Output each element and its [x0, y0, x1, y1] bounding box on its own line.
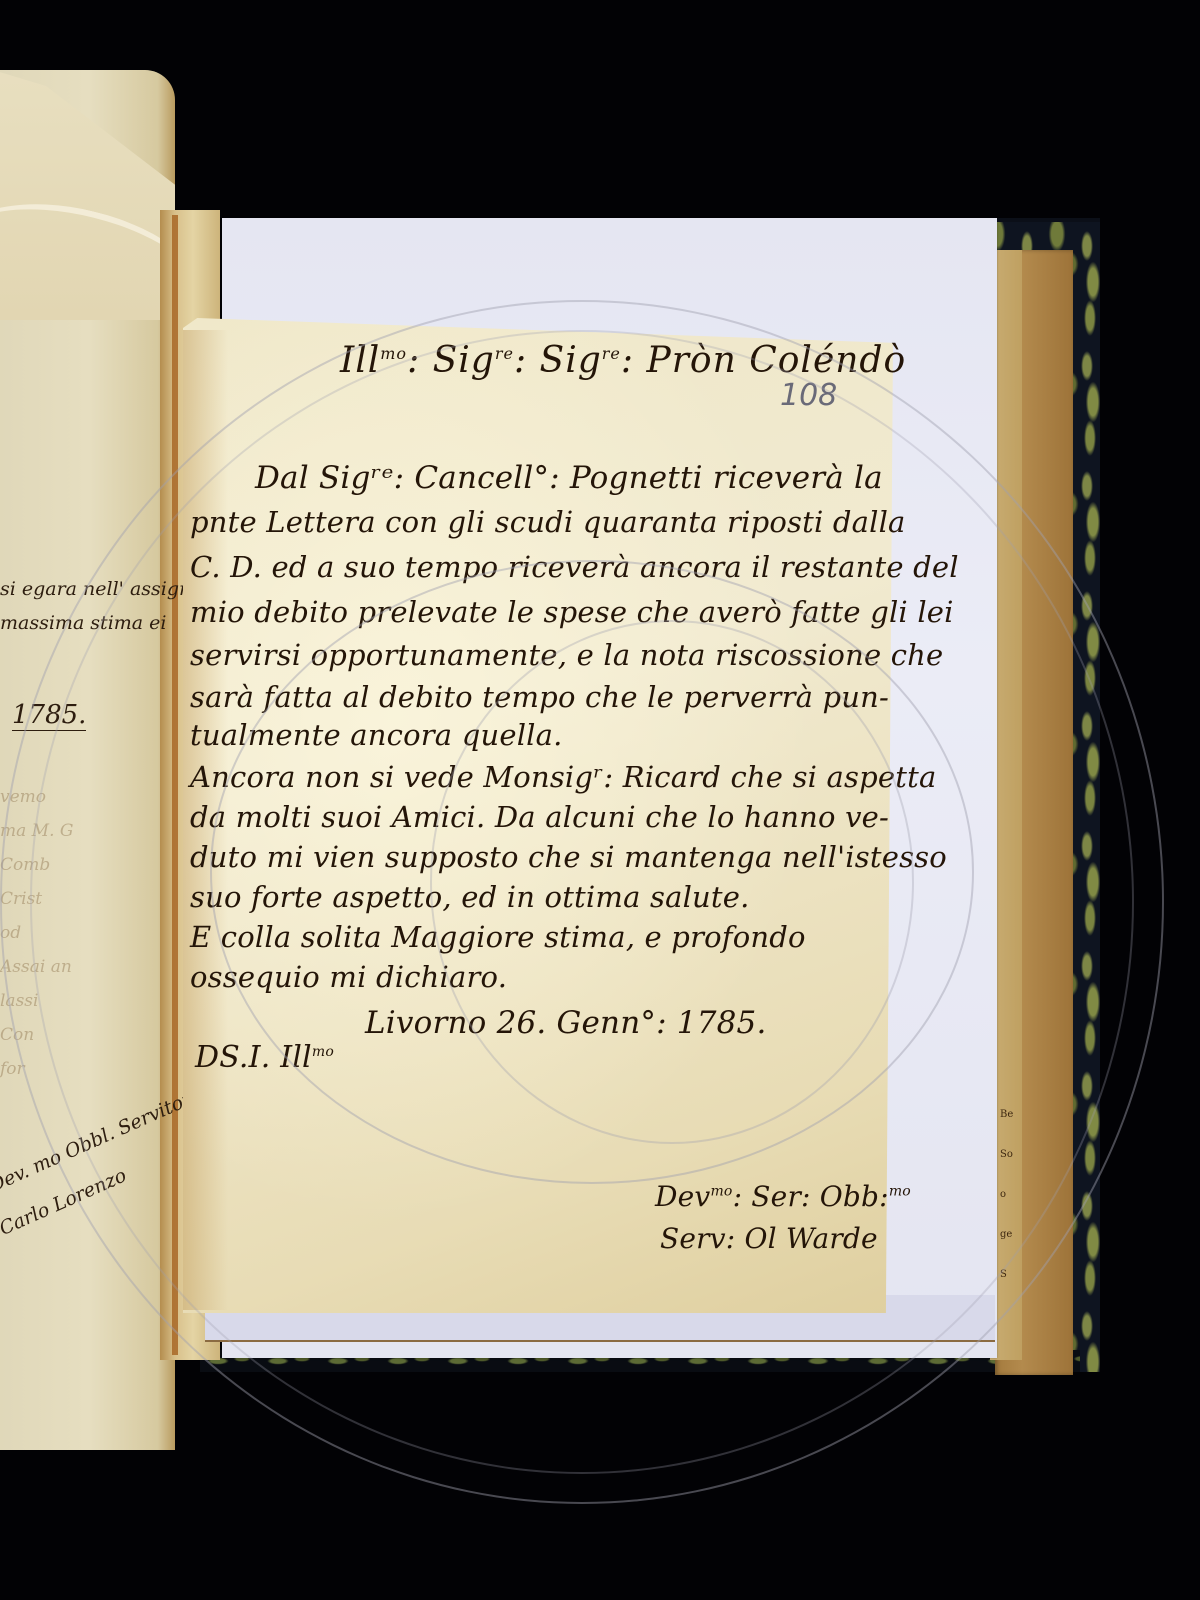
facing-page-year-text: 1785. — [12, 700, 86, 731]
margin-mark: ge — [1000, 1215, 1020, 1255]
faint-line: Assai an — [0, 950, 160, 984]
letter-body-line: duto mi vien supposto che si mantenga ne… — [190, 840, 947, 874]
margin-mark: o — [1000, 1175, 1020, 1215]
letter-body-line: E colla solita Maggiore stima, e profond… — [190, 920, 806, 954]
letter-body-line: mio debito prelevate le spese che averò … — [190, 595, 954, 629]
signature-ser-obb: : Ser: Obb: — [733, 1180, 889, 1213]
faint-line: for — [0, 1052, 160, 1086]
faint-line: Con — [0, 1018, 160, 1052]
faint-line: Crist — [0, 882, 160, 916]
salutation-superscript: re — [602, 344, 621, 363]
photo-scene: Be So o ge S si egara nell' assignare ma… — [0, 0, 1200, 1600]
letter-body-line: C. D. ed a suo tempo riceverà ancora il … — [190, 550, 959, 584]
letter-closing: DS.I. Illmo — [195, 1040, 334, 1075]
salutation-tail: : Pròn Coléndò — [621, 340, 906, 381]
kraft-margin-marks: Be So o ge S — [1000, 1095, 1020, 1295]
gutter-stub-edge — [172, 215, 178, 1355]
margin-mark: S — [1000, 1255, 1020, 1295]
salutation-superscript: mo — [380, 344, 407, 363]
faint-line: lassi — [0, 984, 160, 1018]
margin-mark: So — [1000, 1135, 1020, 1175]
margin-mark: Be — [1000, 1095, 1020, 1135]
signature-line-1: Devmo: Ser: Obb:mo — [655, 1180, 911, 1213]
letter-place-date: Livorno 26. Genn°: 1785. — [365, 1005, 767, 1041]
faint-line: od — [0, 916, 160, 950]
letter-salutation: Illmo: Sigre: Sigre: Pròn Coléndò — [340, 340, 906, 381]
signature-line-2: Serv: Ol Warde — [660, 1222, 878, 1255]
folio-number: 108 — [780, 378, 837, 413]
salutation-sig: : Sig — [514, 340, 602, 381]
letter-body-line: tualmente ancora quella. — [190, 718, 563, 752]
letter-body-line: servirsi opportunamente, e la nota risco… — [190, 638, 943, 672]
signature-superscript: mo — [889, 1184, 911, 1200]
letter-body-line: Dal Sigʳᵉ: Cancell°: Pognetti riceverà l… — [255, 460, 883, 496]
facing-page-line: massima stima ei — [0, 612, 166, 634]
facing-page-year: 1785. — [12, 700, 86, 730]
faint-line: Comb — [0, 848, 160, 882]
salutation-superscript: re — [495, 344, 514, 363]
faint-line: vemo — [0, 780, 160, 814]
letter-body-line: da molti suoi Amici. Da alcuni che lo ha… — [190, 800, 889, 834]
salutation-prefix: Ill — [340, 340, 380, 381]
facing-page-show-through: vemo ma M. G Comb Crist od Assai an lass… — [0, 780, 160, 1086]
letter-body-line: sarà fatta al debito tempo che le perver… — [190, 680, 889, 714]
letter-body-line: pnte Lettera con gli scudi quaranta ripo… — [190, 505, 906, 539]
letter-body-line: ossequio mi dichiaro. — [190, 960, 507, 994]
signature-dev: Dev — [655, 1180, 710, 1213]
closing-text: DS.I. Ill — [195, 1040, 312, 1075]
faint-line: ma M. G — [0, 814, 160, 848]
salutation-sig: : Sig — [407, 340, 495, 381]
letter-body-line: Ancora non si vede Monsigʳ: Ricard che s… — [190, 760, 936, 794]
signature-superscript: mo — [710, 1184, 732, 1200]
letter-body-line: suo forte aspetto, ed in ottima salute. — [190, 880, 750, 914]
closing-superscript: mo — [312, 1044, 334, 1060]
